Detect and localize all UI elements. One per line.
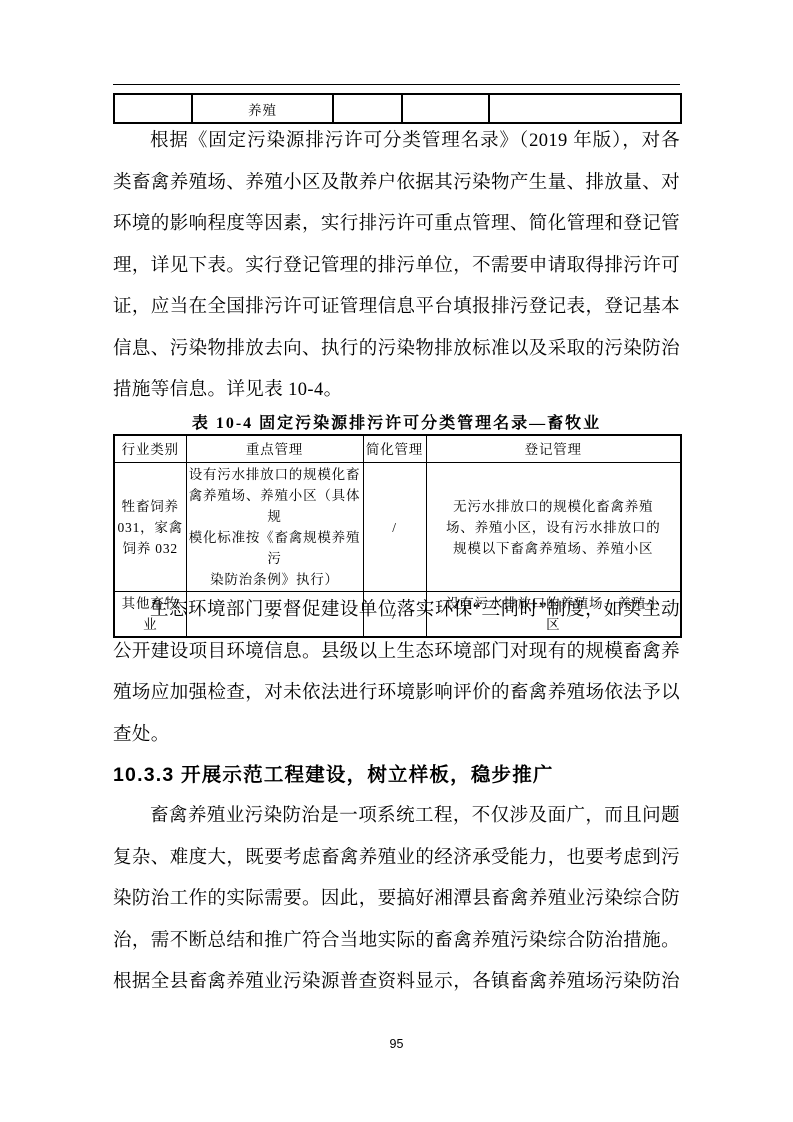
table-header-row: 行业类别 重点管理 简化管理 登记管理 xyxy=(114,435,681,463)
page-number: 95 xyxy=(0,1037,793,1051)
table-row: 牲畜饲养 031，家禽 饲养 032 设有污水排放口的规模化畜 禽养殖场、养殖小… xyxy=(114,463,681,592)
cell-registration-management: 无污水排放口的规模化畜禽养殖 场、养殖小区，设有污水排放口的 规模以下畜禽养殖场… xyxy=(426,463,681,592)
paragraph-demonstration-projects: 畜禽养殖业污染防治是一项系统工程，不仅涉及面广，而且问题复杂、难度大，既要考虑畜… xyxy=(113,796,680,1004)
continued-table-fragment: 养殖 xyxy=(113,93,682,124)
column-header-key-management: 重点管理 xyxy=(186,435,363,463)
table-caption: 表 10-4 固定污染源排污许可分类管理名录—畜牧业 xyxy=(113,414,680,434)
paragraph-permit-classification: 根据《固定污染源排污许可分类管理名录》（2019 年版），对各类畜禽养殖场、养殖… xyxy=(113,121,680,412)
table-cell xyxy=(489,94,681,123)
document-page: 养殖 根据《固定污染源排污许可分类管理名录》（2019 年版），对各类畜禽养殖场… xyxy=(0,0,793,1122)
paragraph-supervision: 生态环境部门要督促建设单位落实环保“三同时”制度，如实主动公开建设项目环境信息。… xyxy=(113,590,680,756)
table-continuation-rule xyxy=(113,84,680,85)
table-cell xyxy=(402,94,489,123)
cell-key-management: 设有污水排放口的规模化畜 禽养殖场、养殖小区（具体规 模化标准按《畜禽规模养殖污… xyxy=(186,463,363,592)
column-header-industry: 行业类别 xyxy=(114,435,186,463)
cell-simplified-management: / xyxy=(363,463,426,592)
section-heading: 10.3.3 开展示范工程建设，树立样板，稳步推广 xyxy=(113,762,713,788)
column-header-registration-management: 登记管理 xyxy=(426,435,681,463)
table-cell xyxy=(333,94,402,123)
column-header-simplified-management: 简化管理 xyxy=(363,435,426,463)
table-cell xyxy=(114,94,192,123)
cell-industry: 牲畜饲养 031，家禽 饲养 032 xyxy=(114,463,186,592)
table-cell: 养殖 xyxy=(192,94,333,123)
table-row: 养殖 xyxy=(114,94,681,123)
